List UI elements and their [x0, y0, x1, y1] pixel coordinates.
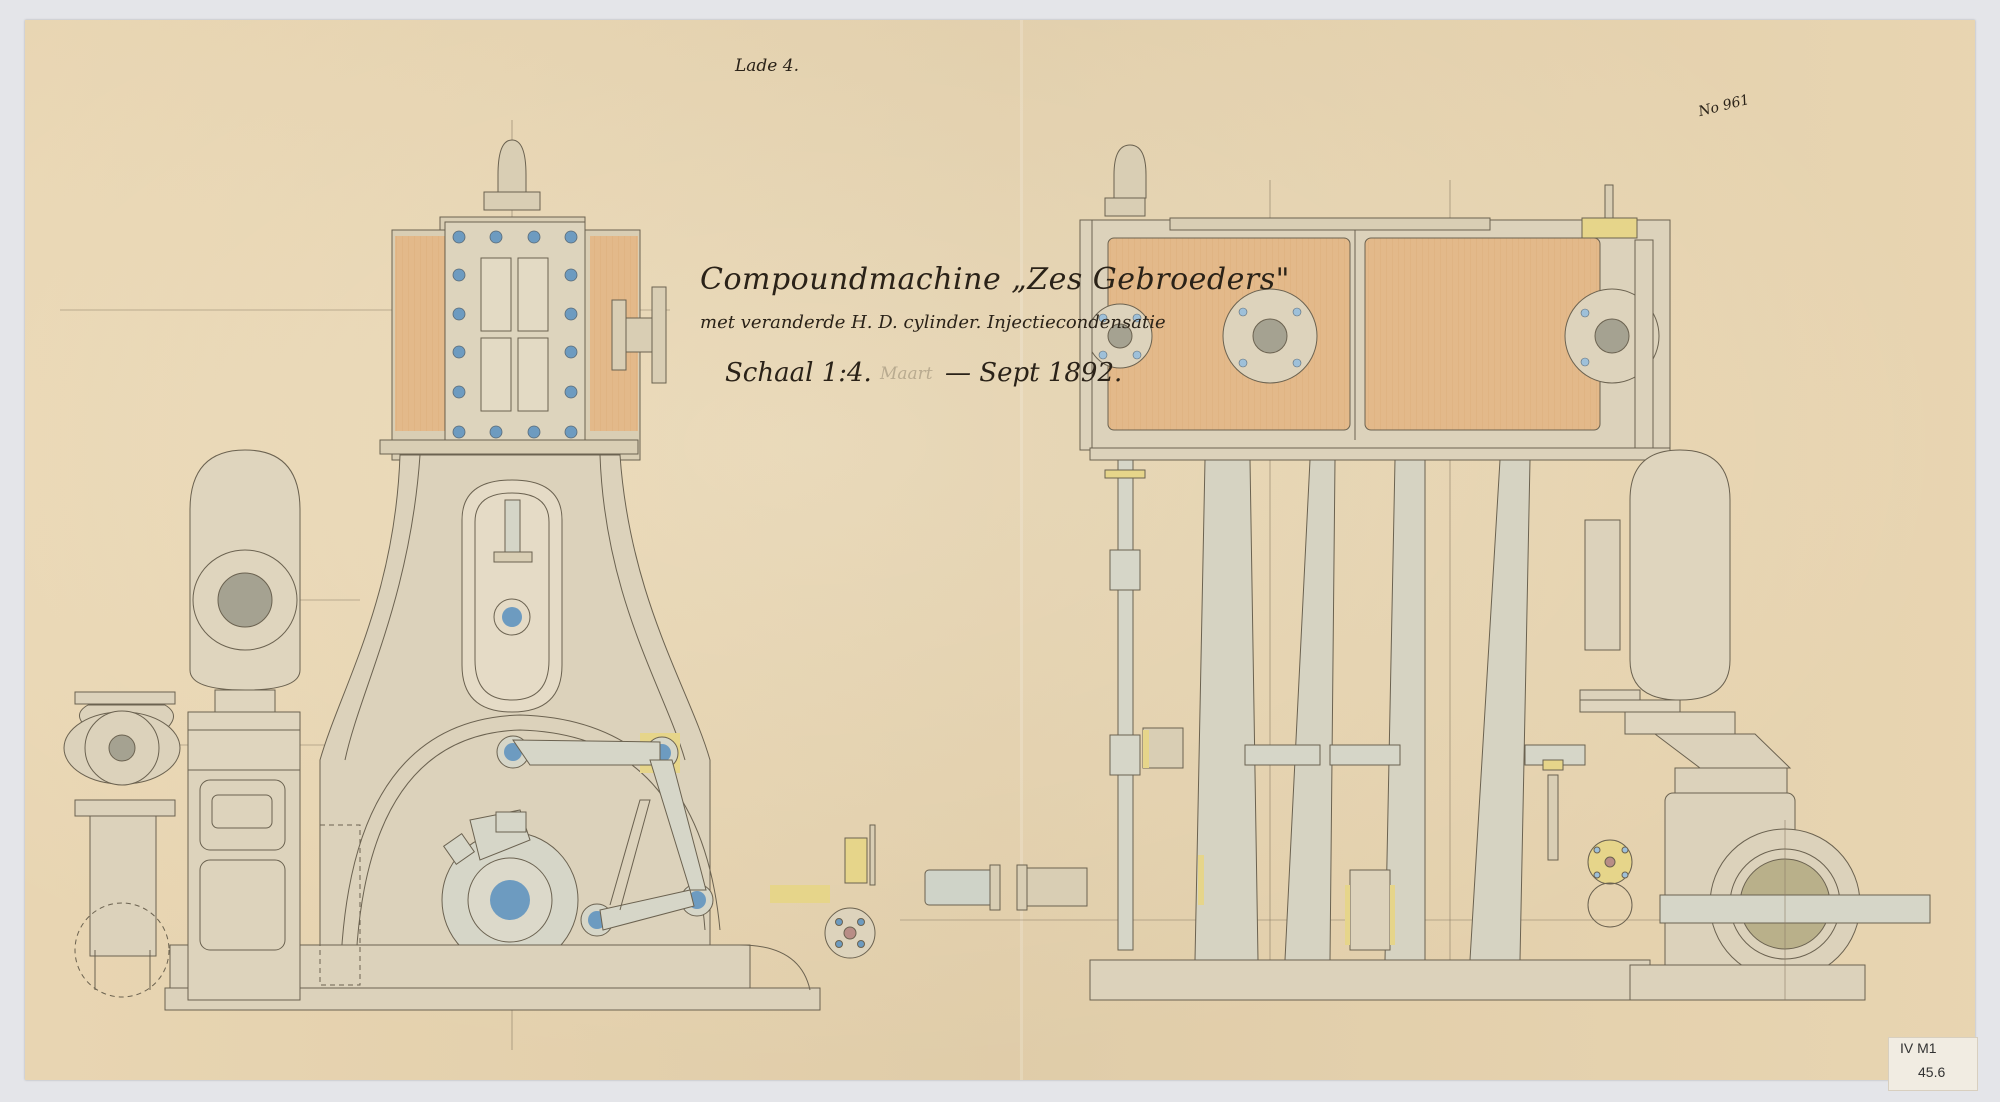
drawing-subtitle: met veranderde H. D. cylinder. Injectiec…	[700, 312, 1166, 333]
sheet-label: Lade 4.	[735, 56, 799, 76]
archive-tag-line1: IV M1	[1900, 1040, 1937, 1056]
drawing-title: Compoundmachine „Zes Gebroeders"	[700, 262, 1290, 297]
engine-drawing	[0, 0, 2000, 1102]
drawing-date: — Sept 1892.	[945, 358, 1122, 388]
scale-label: Schaal 1:4.	[725, 358, 872, 388]
struck-date: Maart	[880, 364, 933, 384]
front-elevation	[60, 120, 875, 1050]
archive-tag-line2: 45.6	[1918, 1064, 1945, 1080]
